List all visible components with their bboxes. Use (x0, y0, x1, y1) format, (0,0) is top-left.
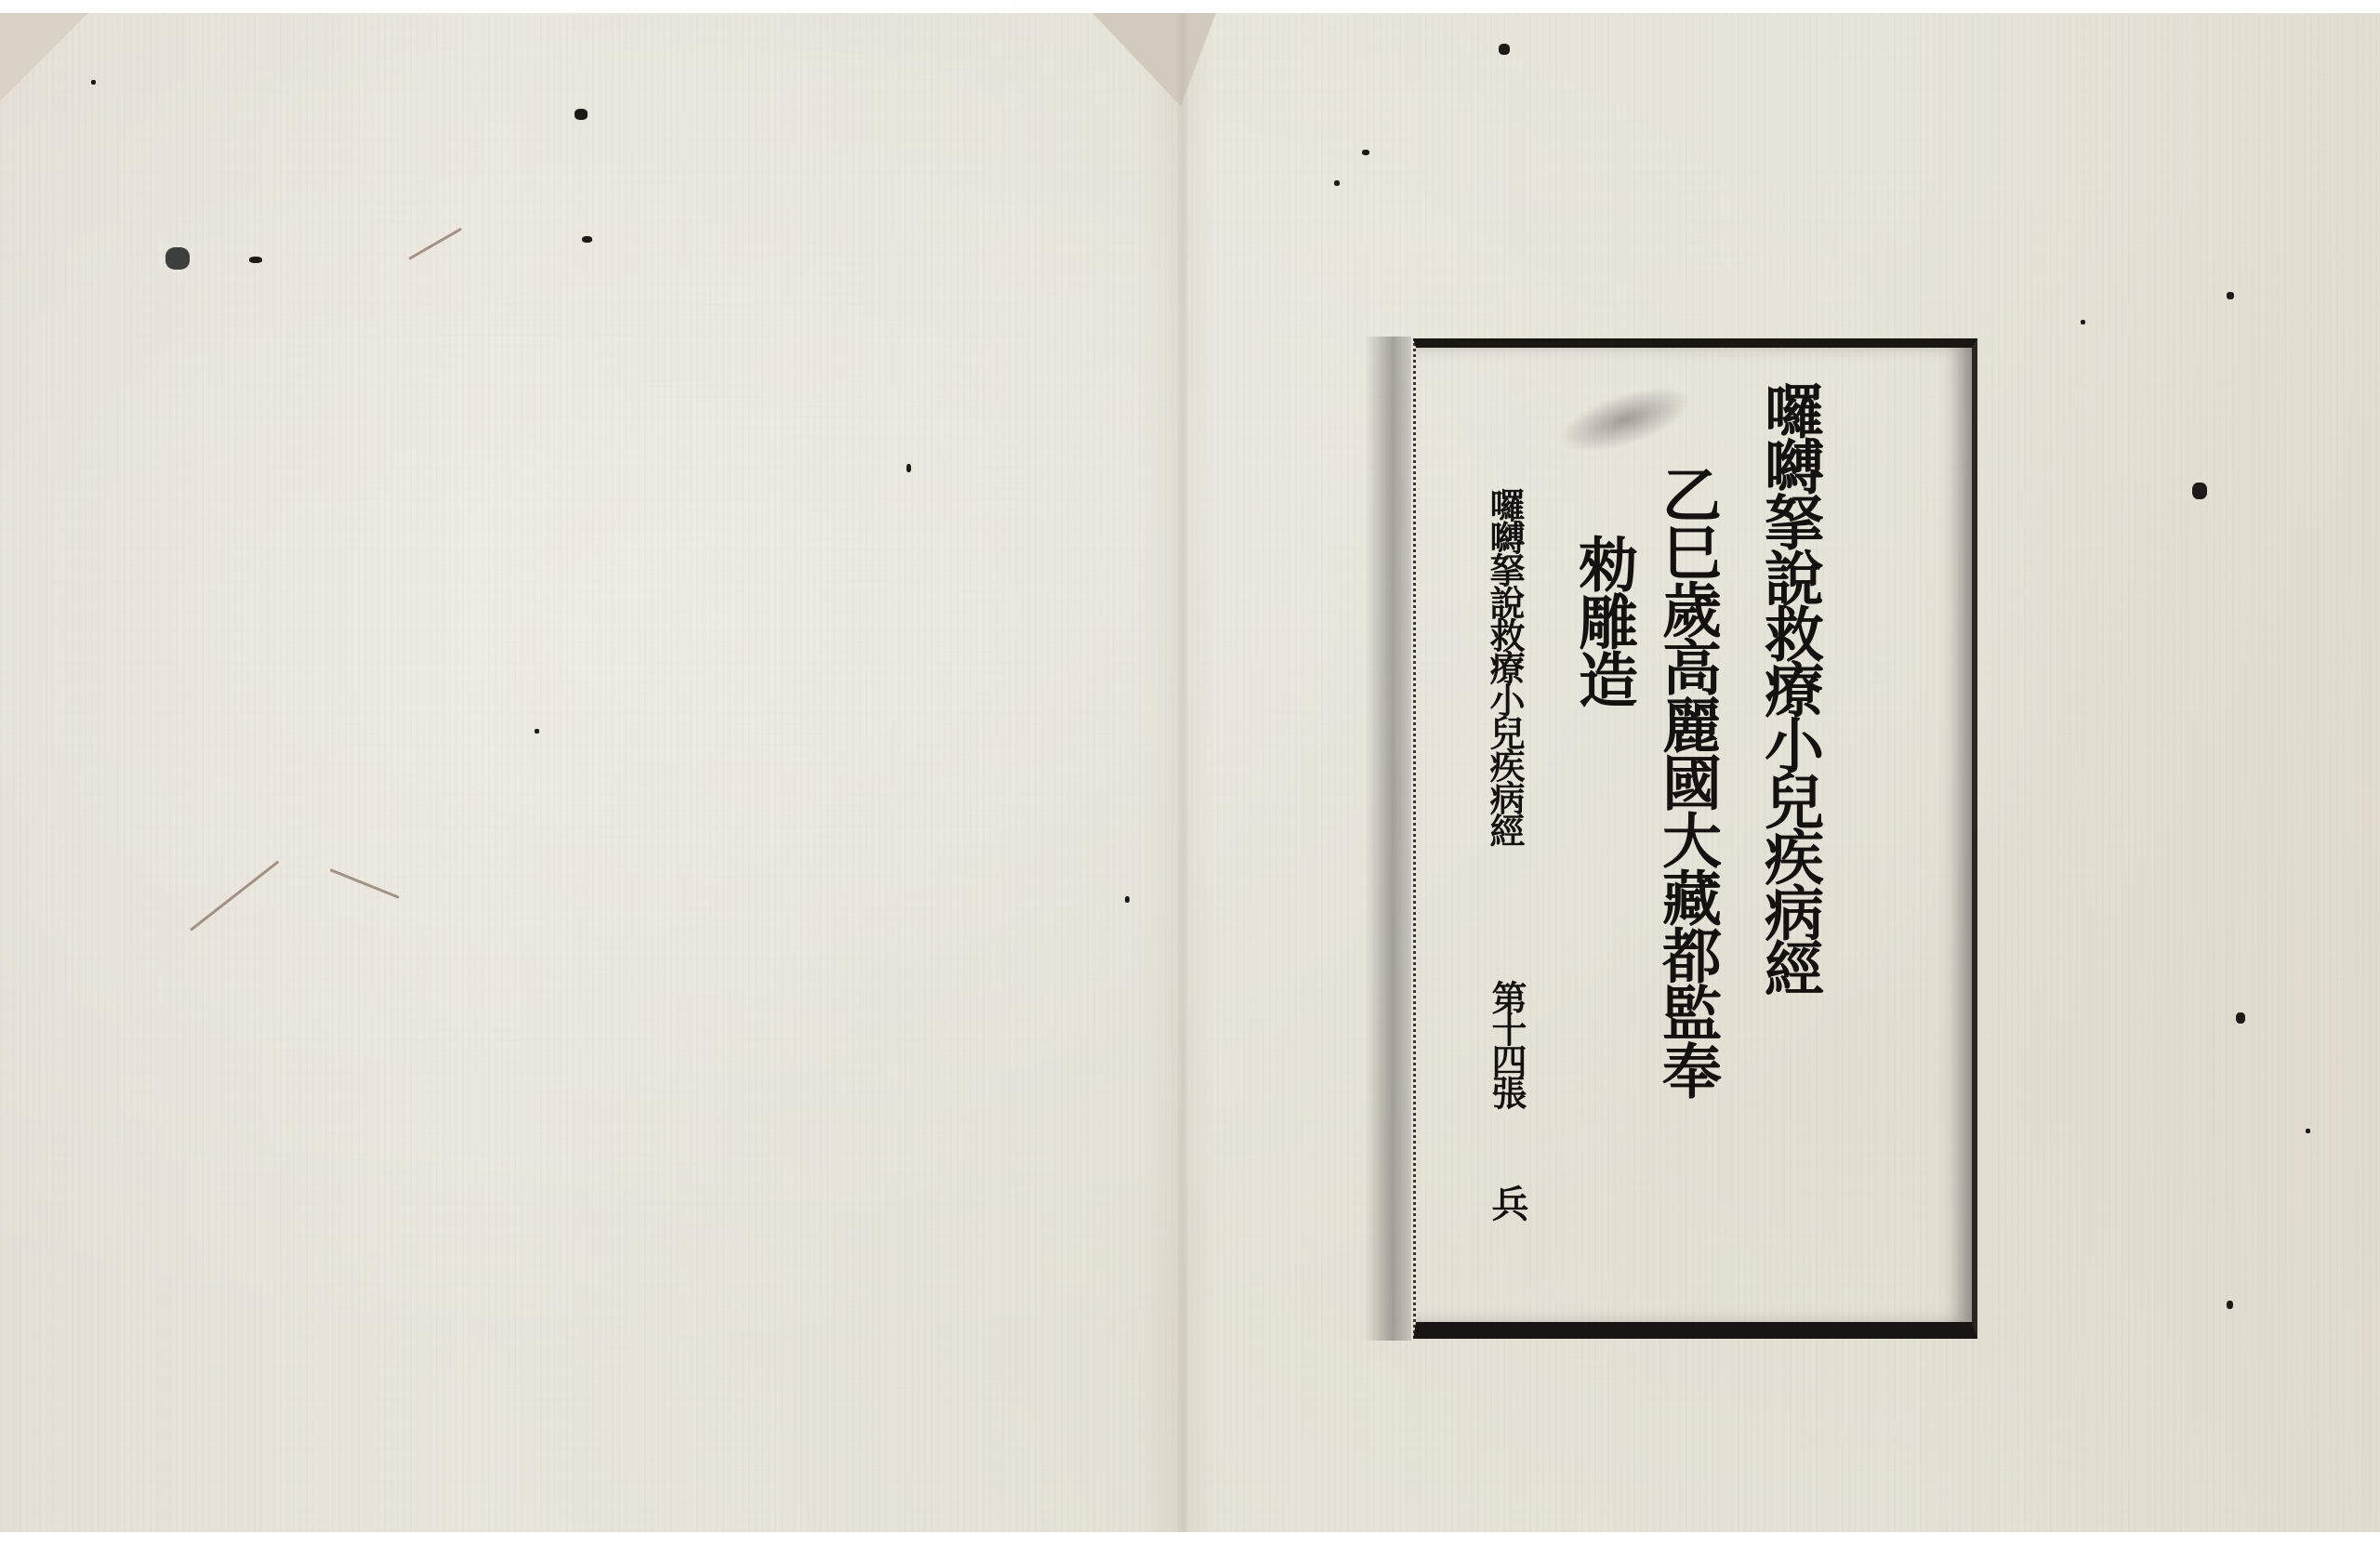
sutra-title-column: 囉嚩拏說救療小兒疾病經 (1746, 380, 1831, 994)
paper-fleck (1362, 150, 1369, 155)
page-number-column: 第十四張 (1481, 980, 1532, 1106)
paper-fiber (329, 868, 399, 899)
carver-mark: 兵 (1481, 1184, 1534, 1222)
paper-fleck (582, 236, 592, 243)
folded-corner-top-center (1092, 13, 1216, 106)
paper-texture (0, 13, 2380, 1532)
paper-fleck (1499, 44, 1510, 55)
ink-smudge (1551, 374, 1699, 466)
paper-fiber (408, 228, 462, 260)
folded-corner-top-left (0, 13, 88, 101)
printed-block-frame: 囉嚩拏說救療小兒疾病經 乙巳歲高麗國大藏都監奉 勑雕造 囉嚩拏說救療小兒疾病經 … (1413, 338, 1977, 1339)
scanned-page: 囉嚩拏說救療小兒疾病經 乙巳歲高麗國大藏都監奉 勑雕造 囉嚩拏說救療小兒疾病經 … (0, 13, 2380, 1532)
paper-fleck (906, 464, 911, 472)
date-publisher-column: 乙巳歲高麗國大藏都監奉 (1644, 464, 1729, 1098)
paper-fleck (1125, 896, 1130, 903)
paper-fleck (249, 257, 262, 263)
paper-fleck (1334, 180, 1340, 186)
paper-fleck (2236, 1012, 2245, 1024)
paper-fleck (2227, 292, 2234, 299)
small-title-column: 囉嚩拏說救療小兒疾病經 (1479, 487, 1530, 845)
paper-fleck (2306, 1129, 2310, 1133)
paper-fleck (165, 247, 190, 270)
edict-column: 勑雕造 (1560, 534, 1646, 707)
paper-fleck (2081, 320, 2085, 324)
paper-fleck (2227, 1301, 2233, 1309)
paper-fleck (575, 109, 588, 120)
paper-fleck (2192, 483, 2207, 499)
paper-fleck (535, 729, 539, 734)
center-fold (1176, 13, 1189, 1532)
paper-fleck (91, 80, 96, 85)
paper-fiber (190, 860, 279, 931)
